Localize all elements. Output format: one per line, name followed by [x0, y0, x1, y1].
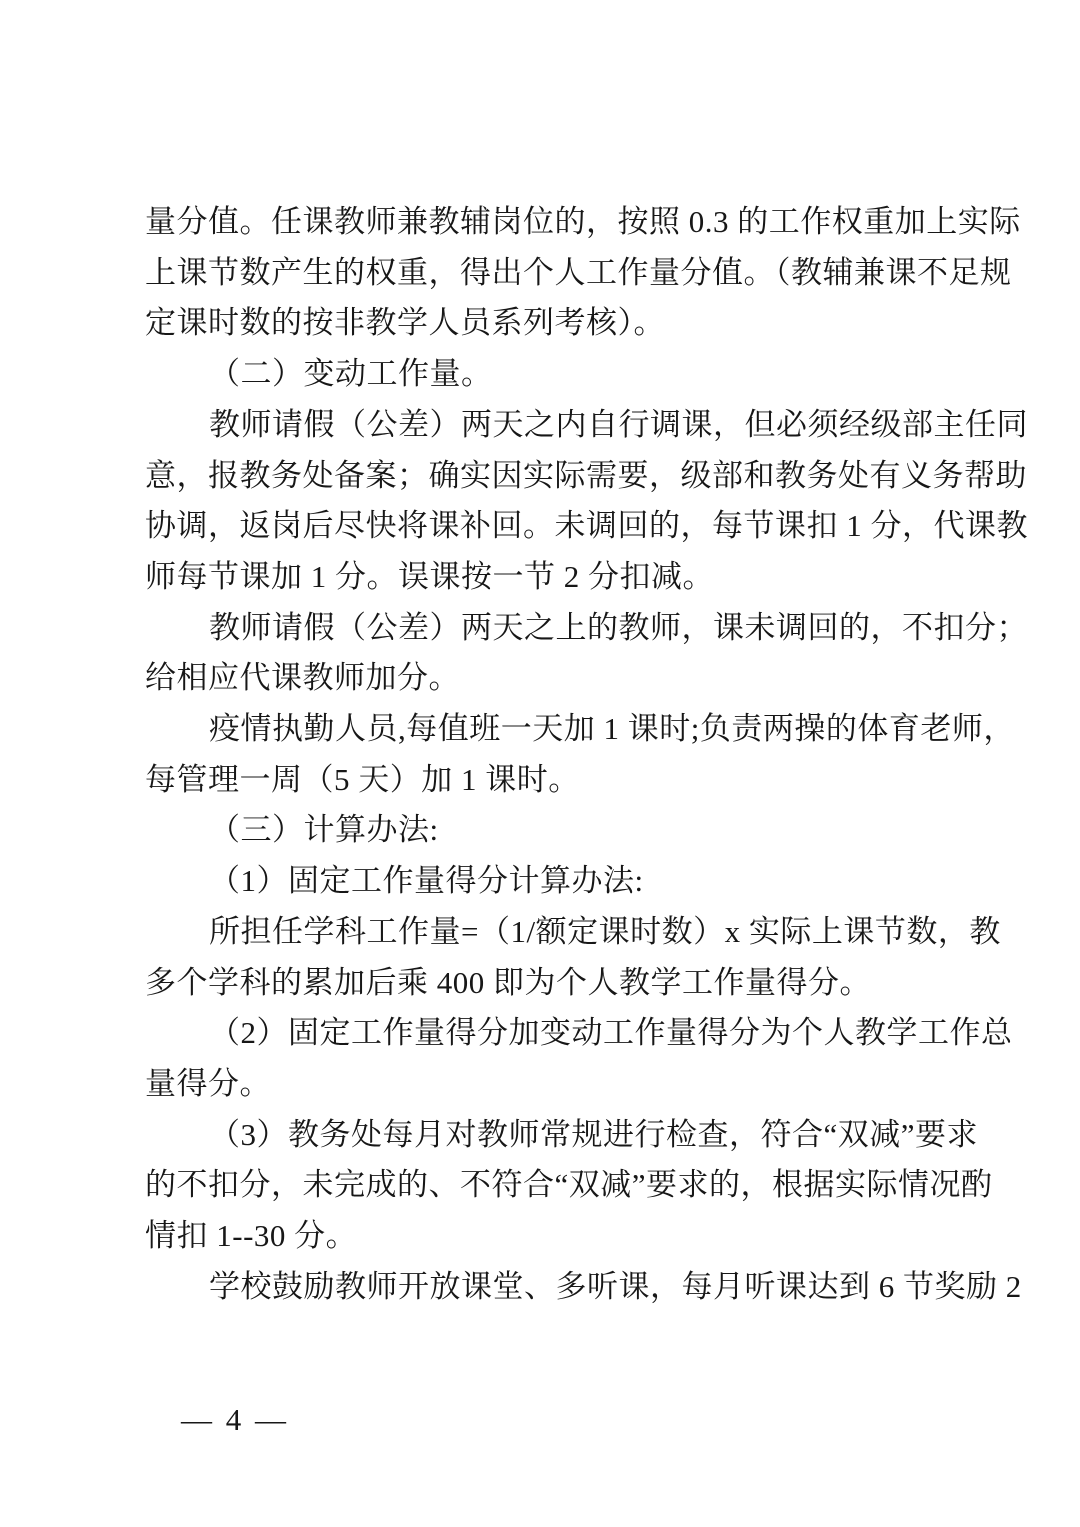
- text-line: 上课节数产生的权重，得出个人工作量分值。（教辅兼课不足规: [145, 248, 945, 299]
- text-line: 多个学科的累加后乘 400 即为个人教学工作量得分。: [145, 958, 945, 1009]
- text-line: 教师请假（公差）两天之内自行调课，但必须经级部主任同: [145, 400, 945, 451]
- text-line: 给相应代课教师加分。: [145, 653, 945, 704]
- text-line: 教师请假（公差）两天之上的教师，课未调回的，不扣分；: [145, 603, 945, 654]
- text-line: 学校鼓励教师开放课堂、多听课，每月听课达到 6 节奖励 2: [145, 1262, 945, 1313]
- document-page: 量分值。任课教师兼教辅岗位的，按照 0.3 的工作权重加上实际 上课节数产生的权…: [0, 0, 1080, 1527]
- text-line: （2）固定工作量得分加变动工作量得分为个人教学工作总: [145, 1008, 945, 1059]
- text-line: 定课时数的按非教学人员系列考核）。: [145, 298, 945, 349]
- document-body-text: 量分值。任课教师兼教辅岗位的，按照 0.3 的工作权重加上实际 上课节数产生的权…: [145, 197, 945, 1312]
- text-line: 情扣 1--30 分。: [145, 1211, 945, 1262]
- text-line: 量分值。任课教师兼教辅岗位的，按照 0.3 的工作权重加上实际: [145, 197, 945, 248]
- text-line: 师每节课加 1 分。误课按一节 2 分扣减。: [145, 552, 945, 603]
- text-line: （3）教务处每月对教师常规进行检查，符合“双减”要求: [145, 1110, 945, 1161]
- page-number: — 4 —: [181, 1395, 289, 1445]
- text-line: 每管理一周（5 天）加 1 课时。: [145, 755, 945, 806]
- section-heading-2: （二）变动工作量。: [145, 349, 945, 400]
- text-line: 所担任学科工作量=（1/额定课时数）x 实际上课节数，教: [145, 907, 945, 958]
- text-line: 疫情执勤人员,每值班一天加 1 课时;负责两操的体育老师，: [145, 704, 945, 755]
- text-line: 量得分。: [145, 1059, 945, 1110]
- text-line: 的不扣分，未完成的、不符合“双减”要求的，根据实际情况酌: [145, 1160, 945, 1211]
- text-line: （1）固定工作量得分计算办法:: [145, 856, 945, 907]
- section-heading-3: （三）计算办法:: [145, 805, 945, 856]
- text-line: 意，报教务处备案；确实因实际需要，级部和教务处有义务帮助: [145, 451, 945, 502]
- text-line: 协调，返岗后尽快将课补回。未调回的，每节课扣 1 分，代课教: [145, 501, 945, 552]
